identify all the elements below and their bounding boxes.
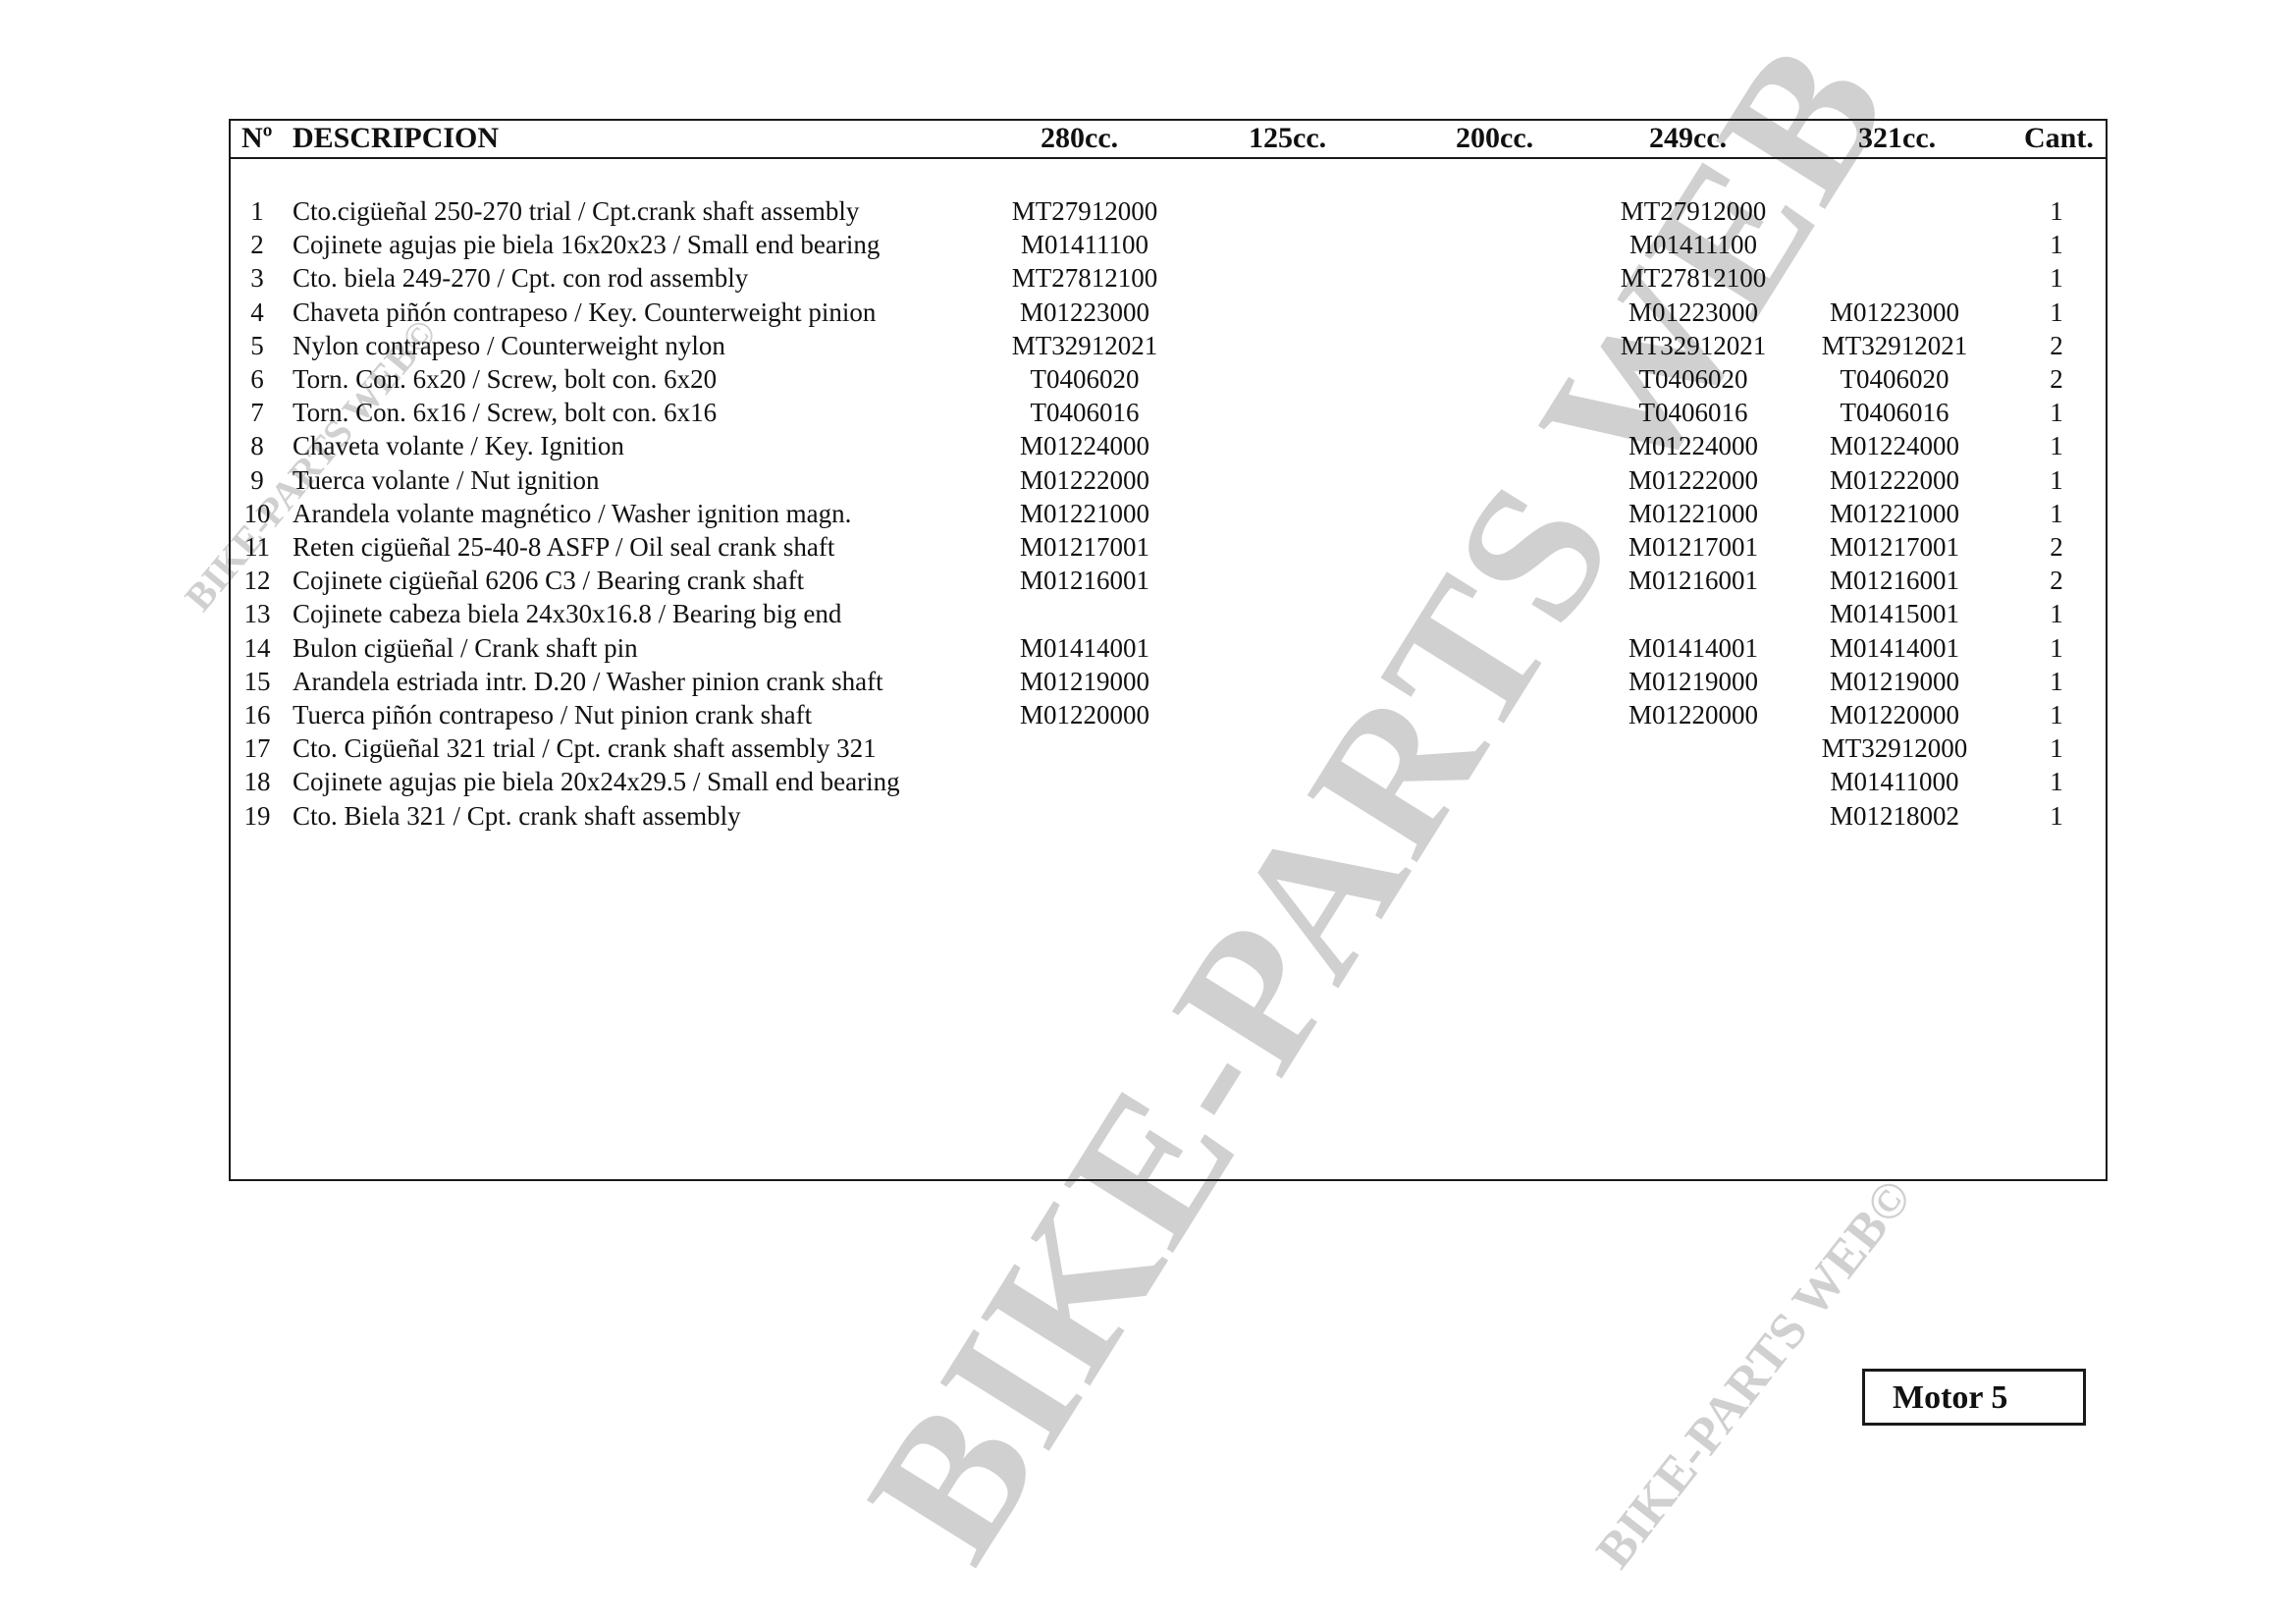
row-description: Cojinete agujas pie biela 16x20x23 / Sma… [293,228,880,261]
row-number: 13 [238,597,277,630]
row-description: Cto. biela 249-270 / Cpt. con rod assemb… [293,261,748,295]
table-row: 12Cojinete cigüeñal 6206 C3 / Bearing cr… [0,564,2296,597]
section-label: Motor 5 [1893,1379,2007,1417]
part-249cc: M01220000 [1595,698,1791,731]
row-description: Cojinete cabeza biela 24x30x16.8 / Beari… [293,597,841,630]
row-number: 18 [238,765,277,798]
part-321cc: M01415001 [1796,597,1993,630]
row-quantity: 1 [2042,698,2071,731]
part-321cc: M01222000 [1796,463,1993,497]
header-321cc: 321cc. [1858,122,1936,155]
row-description: Reten cigüeñal 25-40-8 ASFP / Oil seal c… [293,530,834,564]
row-number: 17 [238,731,277,765]
part-321cc: MT32912000 [1796,731,1993,765]
part-249cc: M01222000 [1595,463,1791,497]
table-row: 5Nylon contrapeso / Counterweight nylonM… [0,329,2296,362]
row-number: 6 [238,362,277,396]
row-description: Tuerca volante / Nut ignition [293,463,599,497]
part-321cc: M01217001 [1796,530,1993,564]
table-row: 7Torn. Con. 6x16 / Screw, bolt con. 6x16… [0,396,2296,429]
part-249cc: M01414001 [1595,631,1791,665]
part-249cc: MT27812100 [1595,261,1791,295]
table-row: 17Cto. Cigüeñal 321 trial / Cpt. crank s… [0,731,2296,765]
part-280cc: M01221000 [987,497,1183,530]
part-321cc: M01414001 [1796,631,1993,665]
table-row: 10Arandela volante magnético / Washer ig… [0,497,2296,530]
part-249cc: MT27912000 [1595,194,1791,228]
row-quantity: 1 [2042,194,2071,228]
row-number: 19 [238,799,277,833]
row-number: 10 [238,497,277,530]
part-249cc: M01221000 [1595,497,1791,530]
part-249cc: M01216001 [1595,564,1791,597]
row-quantity: 1 [2042,228,2071,261]
row-number: 15 [238,665,277,698]
row-quantity: 2 [2042,329,2071,362]
row-number: 16 [238,698,277,731]
table-row: 13Cojinete cabeza biela 24x30x16.8 / Bea… [0,597,2296,630]
row-number: 8 [238,429,277,462]
parts-list-page: BIKE-PARTS WEB BIKE-PARTS WEB© BIKE-PART… [0,0,2296,1620]
part-280cc: MT32912021 [987,329,1183,362]
table-row: 18Cojinete agujas pie biela 20x24x29.5 /… [0,765,2296,798]
row-number: 5 [238,329,277,362]
part-280cc: T0406016 [987,396,1183,429]
part-321cc: T0406016 [1796,396,1993,429]
header-description: DESCRIPCION [293,122,499,155]
table-row: 15Arandela estriada intr. D.20 / Washer … [0,665,2296,698]
row-description: Tuerca piñón contrapeso / Nut pinion cra… [293,698,812,731]
row-description: Bulon cigüeñal / Crank shaft pin [293,631,638,665]
row-description: Cto. Biela 321 / Cpt. crank shaft assemb… [293,799,741,833]
part-280cc: M01224000 [987,429,1183,462]
row-number: 3 [238,261,277,295]
part-280cc: M01217001 [987,530,1183,564]
part-321cc: M01216001 [1796,564,1993,597]
header-200cc: 200cc. [1456,122,1533,155]
part-280cc: M01216001 [987,564,1183,597]
row-quantity: 1 [2042,497,2071,530]
row-quantity: 1 [2042,597,2071,630]
row-quantity: 1 [2042,261,2071,295]
table-row: 6Torn. Con. 6x20 / Screw, bolt con. 6x20… [0,362,2296,396]
row-number: 9 [238,463,277,497]
part-280cc: M01219000 [987,665,1183,698]
part-280cc: MT27912000 [987,194,1183,228]
part-280cc: M01220000 [987,698,1183,731]
row-description: Cto. Cigüeñal 321 trial / Cpt. crank sha… [293,731,877,765]
row-quantity: 1 [2042,296,2071,329]
part-280cc: M01223000 [987,296,1183,329]
part-249cc: T0406020 [1595,362,1791,396]
row-quantity: 1 [2042,765,2071,798]
row-description: Chaveta piñón contrapeso / Key. Counterw… [293,296,876,329]
table-row: 3Cto. biela 249-270 / Cpt. con rod assem… [0,261,2296,295]
row-quantity: 1 [2042,396,2071,429]
part-280cc: M01411100 [987,228,1183,261]
header-divider [229,157,2106,159]
part-321cc: T0406020 [1796,362,1993,396]
row-description: Cto.cigüeñal 250-270 trial / Cpt.crank s… [293,194,859,228]
row-number: 1 [238,194,277,228]
row-number: 14 [238,631,277,665]
header-280cc: 280cc. [1041,122,1118,155]
row-quantity: 2 [2042,530,2071,564]
table-row: 2Cojinete agujas pie biela 16x20x23 / Sm… [0,228,2296,261]
part-249cc: M01411100 [1595,228,1791,261]
table-row: 11Reten cigüeñal 25-40-8 ASFP / Oil seal… [0,530,2296,564]
row-quantity: 1 [2042,429,2071,462]
part-280cc: M01222000 [987,463,1183,497]
table-row: 9Tuerca volante / Nut ignitionM01222000M… [0,463,2296,497]
row-description: Cojinete agujas pie biela 20x24x29.5 / S… [293,765,900,798]
row-number: 12 [238,564,277,597]
row-number: 2 [238,228,277,261]
row-description: Arandela volante magnético / Washer igni… [293,497,851,530]
part-249cc: MT32912021 [1595,329,1791,362]
row-description: Chaveta volante / Key. Ignition [293,429,624,462]
header-quantity: Cant. [2024,122,2094,155]
row-description: Arandela estriada intr. D.20 / Washer pi… [293,665,883,698]
part-280cc: T0406020 [987,362,1183,396]
row-quantity: 2 [2042,362,2071,396]
part-249cc: M01223000 [1595,296,1791,329]
table-row: 14Bulon cigüeñal / Crank shaft pinM01414… [0,631,2296,665]
part-321cc: MT32912021 [1796,329,1993,362]
section-label-box: Motor 5 [1862,1369,2086,1426]
header-number: Nº [241,122,273,155]
part-321cc: M01224000 [1796,429,1993,462]
header-249cc: 249cc. [1649,122,1727,155]
table-row: 8Chaveta volante / Key. IgnitionM0122400… [0,429,2296,462]
row-number: 4 [238,296,277,329]
part-321cc: M01221000 [1796,497,1993,530]
part-280cc: M01414001 [987,631,1183,665]
row-quantity: 1 [2042,731,2071,765]
part-321cc: M01223000 [1796,296,1993,329]
part-321cc: M01218002 [1796,799,1993,833]
row-quantity: 1 [2042,463,2071,497]
row-number: 7 [238,396,277,429]
row-quantity: 1 [2042,631,2071,665]
header-125cc: 125cc. [1249,122,1326,155]
row-number: 11 [238,530,277,564]
part-280cc: MT27812100 [987,261,1183,295]
table-row: 19Cto. Biela 321 / Cpt. crank shaft asse… [0,799,2296,833]
table-row: 1Cto.cigüeñal 250-270 trial / Cpt.crank … [0,194,2296,228]
part-249cc: M01219000 [1595,665,1791,698]
row-quantity: 1 [2042,799,2071,833]
row-quantity: 2 [2042,564,2071,597]
part-321cc: M01219000 [1796,665,1993,698]
part-321cc: M01220000 [1796,698,1993,731]
row-description: Torn. Con. 6x20 / Screw, bolt con. 6x20 [293,362,717,396]
row-description: Torn. Con. 6x16 / Screw, bolt con. 6x16 [293,396,717,429]
row-description: Cojinete cigüeñal 6206 C3 / Bearing cran… [293,564,804,597]
part-249cc: T0406016 [1595,396,1791,429]
table-row: 16Tuerca piñón contrapeso / Nut pinion c… [0,698,2296,731]
part-249cc: M01224000 [1595,429,1791,462]
row-quantity: 1 [2042,665,2071,698]
row-description: Nylon contrapeso / Counterweight nylon [293,329,725,362]
table-row: 4Chaveta piñón contrapeso / Key. Counter… [0,296,2296,329]
part-249cc: M01217001 [1595,530,1791,564]
part-321cc: M01411000 [1796,765,1993,798]
